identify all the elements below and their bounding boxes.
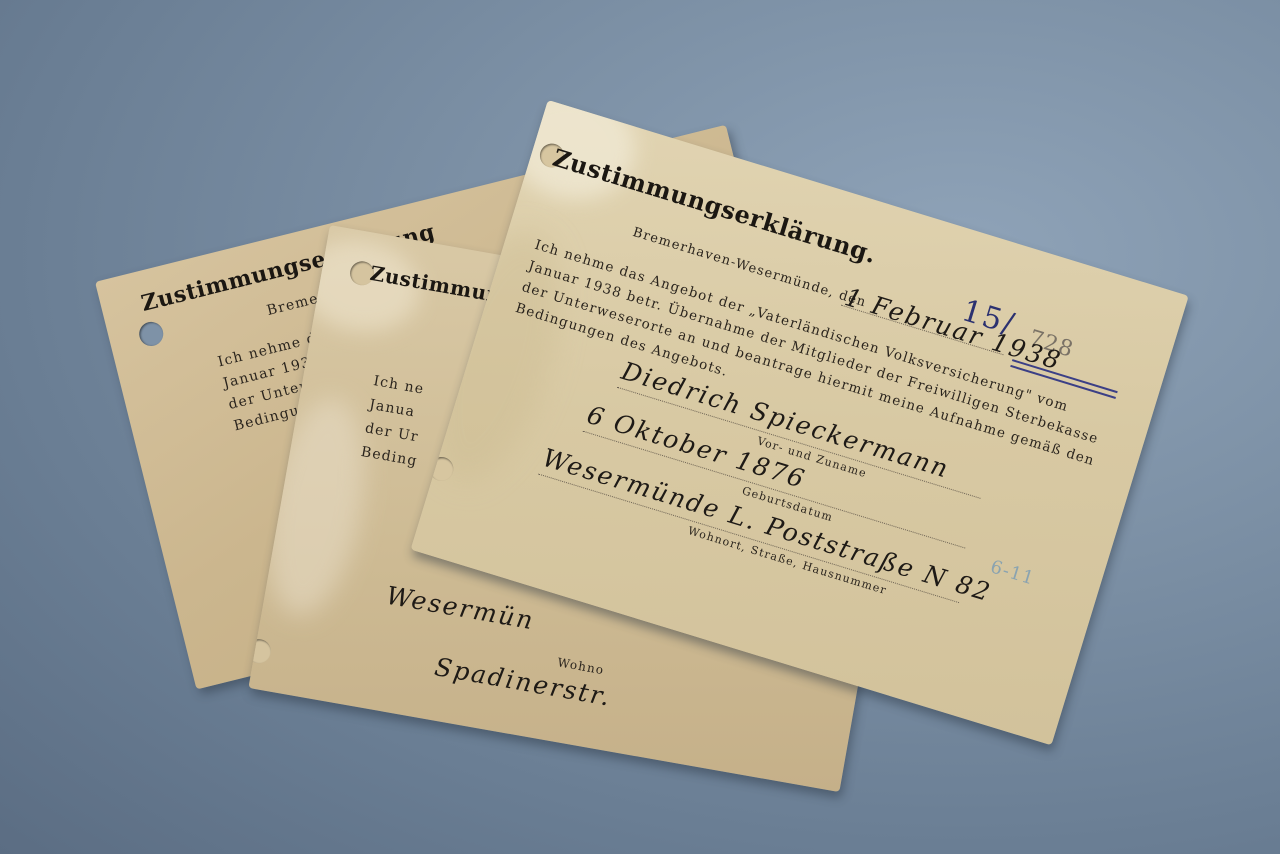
body-line: Janua bbox=[368, 397, 416, 421]
punch-hole bbox=[137, 319, 166, 348]
body-line: der Ur bbox=[364, 420, 420, 445]
body-line: Ich ne bbox=[372, 373, 425, 398]
handwritten-residence: Wesermün bbox=[384, 581, 537, 636]
body-line: Beding bbox=[360, 444, 419, 470]
pencil-note: 6-11 bbox=[988, 556, 1037, 589]
photo-scene: Zustimmungserklärung Bremerhav Ich nehme… bbox=[0, 0, 1280, 854]
